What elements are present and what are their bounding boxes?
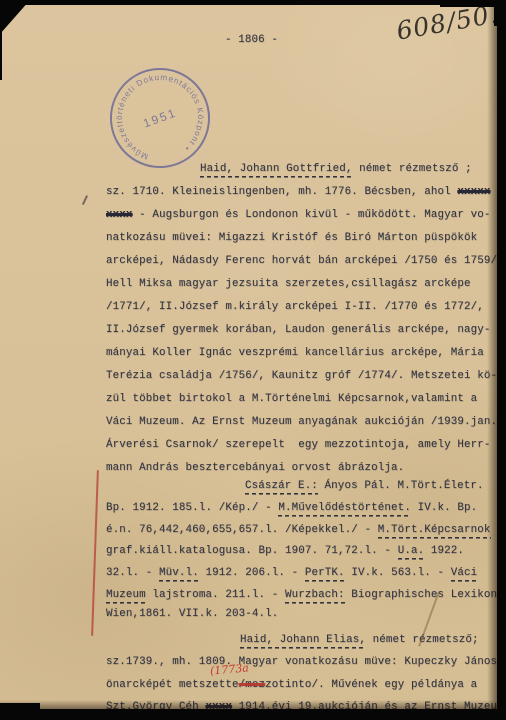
stamp-year: 1951 bbox=[141, 105, 178, 130]
underlined-text: Váci bbox=[451, 567, 478, 582]
underlined-text: Haid, Johann Gottfried, bbox=[200, 163, 352, 178]
underlined-text: Haid, Johann Elias, bbox=[240, 634, 366, 649]
entry2-heading: Haid, Johann Elias, német rézmetsző; bbox=[240, 633, 479, 647]
bibliography-line: graf.kiáll.katalogusa. Bp. 1907. 71,72.l… bbox=[106, 544, 464, 558]
text-segment: lajstroma. 211.l. - bbox=[146, 589, 285, 601]
text-segment: - 1806 - bbox=[225, 34, 278, 46]
text-segment: Hell Miksa magyar jezsuita szerzetes,csi… bbox=[106, 278, 471, 290]
underlined-text: Müv.l. bbox=[159, 567, 199, 582]
entry1-line: II.József gyermek korában, Laudon generá… bbox=[106, 323, 491, 337]
text-segment: - Augsburgon és Londonon kivül - működöt… bbox=[133, 209, 491, 221]
scan-border-top-left bbox=[0, 0, 30, 34]
bibliography-line: Bp. 1912. 185.l. /Kép./ - M.Művelődéstör… bbox=[106, 501, 477, 515]
underlined-text: M.Művelődéstörténet. bbox=[278, 502, 411, 517]
entry1-heading: Haid, Johann Gottfried, német rézmetsző … bbox=[200, 162, 472, 176]
underlined-text: Muzeum bbox=[106, 589, 146, 604]
document-scan: - 1806 -Haid, Johann Gottfried, német ré… bbox=[0, 0, 506, 720]
scan-shadow-bottom bbox=[0, 700, 506, 709]
text-segment: II.József gyermek korában, Laudon generá… bbox=[106, 324, 491, 336]
bibliography-line: Muzeum lajstroma. 211.l. - Wurzbach: Bio… bbox=[106, 588, 504, 602]
text-segment: zül többet birtokol a M.Történelmi Képcs… bbox=[106, 393, 477, 405]
text-segment: Váci Muzeum. Az Ernst Muzeum anyagának a… bbox=[106, 416, 497, 428]
entry1-line: mann András besztercebányai orvost ábráz… bbox=[106, 461, 404, 475]
bibliography-line: 32.l. - Müv.l. 1912. 206.l. - PerTK. IV.… bbox=[106, 566, 477, 580]
bibliography-line: é.n. 76,442,460,655,657.l. /Képekkel./ -… bbox=[106, 523, 491, 537]
entry1-line: /1771/, II.József m.király arcképei I-II… bbox=[106, 300, 484, 314]
text-segment: IV.k. 563.l. - bbox=[345, 567, 451, 579]
entry1-line: xxxx - Augsburgon és Londonon kivül - mű… bbox=[106, 208, 491, 222]
underlined-text: Wurzbach: bbox=[285, 589, 345, 604]
red-strikeout-text: /mez bbox=[239, 679, 266, 691]
scan-border-right bbox=[497, 0, 506, 720]
entry1-line: zül többet birtokol a M.Történelmi Képcs… bbox=[106, 392, 477, 406]
text-segment: mányai Koller Ignác veszprémi kancellári… bbox=[106, 347, 484, 359]
entry1-line: sz. 1710. Kleineislingenben, mh. 1776. B… bbox=[106, 185, 491, 199]
text-segment: német rézmetsző ; bbox=[352, 163, 471, 175]
entry1-line: arcképei, Nádasdy Ferenc horvát bán arck… bbox=[106, 254, 504, 268]
bibliography-line: Császár E.: Ányos Pál. M.Tört.Életr. bbox=[245, 479, 484, 493]
text-segment: sz. 1710. Kleineislingenben, mh. 1776. B… bbox=[106, 186, 457, 198]
page-number: - 1806 - bbox=[225, 33, 278, 47]
entry1-line: Terézia családja /1756/, Kaunitz gróf /1… bbox=[106, 369, 497, 383]
bibliography-line: Wien,1861. VII.k. 203-4.l. bbox=[106, 607, 278, 621]
scan-border-left bbox=[0, 0, 2, 80]
text-segment: graf.kiáll.katalogusa. Bp. 1907. 71,72.l… bbox=[106, 545, 398, 557]
text-segment: Árverési Csarnok/ szerepelt egy mezzotin… bbox=[106, 439, 491, 451]
underlined-text: U.a. bbox=[398, 545, 425, 560]
text-segment: é.n. 76,442,460,655,657.l. /Képekkel./ - bbox=[106, 524, 378, 536]
text-segment: IV.k. Bp. bbox=[411, 502, 477, 514]
entry1-line: Hell Miksa magyar jezsuita szerzetes,csi… bbox=[106, 277, 471, 291]
text-segment: mann András besztercebányai orvost ábráz… bbox=[106, 462, 404, 474]
entry1-line: Árverési Csarnok/ szerepelt egy mezzotin… bbox=[106, 438, 491, 452]
text-segment: sz.1739., mh. 1809. Magyar vonatkozásu m… bbox=[106, 656, 497, 668]
text-segment: Wien,1861. VII.k. 203-4.l. bbox=[106, 608, 278, 620]
text-segment: Terézia családja /1756/, Kaunitz gróf /1… bbox=[106, 370, 497, 382]
underlined-text: PerTK. bbox=[305, 567, 345, 582]
entry2-line: önarcképét metszette/mezzotinto/. Művéne… bbox=[106, 678, 477, 692]
scan-border-bottom bbox=[0, 709, 506, 720]
scan-border-top bbox=[0, 0, 506, 5]
text-segment: 1922. bbox=[424, 545, 464, 557]
scan-border-bottom-left bbox=[0, 703, 40, 720]
strikeout-text: xxxx bbox=[106, 209, 133, 221]
text-segment: zotinto/. Művének egy példánya a bbox=[265, 679, 477, 691]
text-segment: Bp. 1912. 185.l. /Kép./ - bbox=[106, 502, 278, 514]
text-segment: natkozásu müvei: Migazzi Kristóf és Biró… bbox=[106, 232, 477, 244]
round-stamp: Művészettörténeti Dokumentációs Központ … bbox=[98, 56, 222, 180]
text-segment: 32.l. - bbox=[106, 567, 159, 579]
red-margin-line bbox=[91, 470, 99, 636]
entry2-line: sz.1739., mh. 1809. Magyar vonatkozásu m… bbox=[106, 655, 497, 669]
strikeout-text: xxxxx bbox=[457, 186, 490, 198]
margin-tick-mark bbox=[82, 195, 88, 205]
underlined-text: M.Tört.Képcsarnok bbox=[378, 524, 491, 539]
text-segment: /1771/, II.József m.király arcképei I-II… bbox=[106, 301, 484, 313]
text-segment: arcképei, Nádasdy Ferenc horvát bán arck… bbox=[106, 255, 504, 267]
entry1-line: Váci Muzeum. Az Ernst Muzeum anyagának a… bbox=[106, 415, 497, 429]
text-segment: Biographisches Lexikon. bbox=[345, 589, 504, 601]
entry1-line: mányai Koller Ignác veszprémi kancellári… bbox=[106, 346, 484, 360]
text-segment: 1912. 206.l. - bbox=[199, 567, 305, 579]
scan-shadow-right bbox=[487, 0, 497, 720]
red-pen-annotation: (1773a bbox=[210, 661, 250, 677]
entry1-line: natkozásu müvei: Migazzi Kristóf és Biró… bbox=[106, 231, 477, 245]
text-segment: önarcképét metszette bbox=[106, 679, 239, 691]
underlined-text: Császár E.: bbox=[245, 480, 318, 495]
text-segment: Ányos Pál. M.Tört.Életr. bbox=[318, 480, 484, 492]
